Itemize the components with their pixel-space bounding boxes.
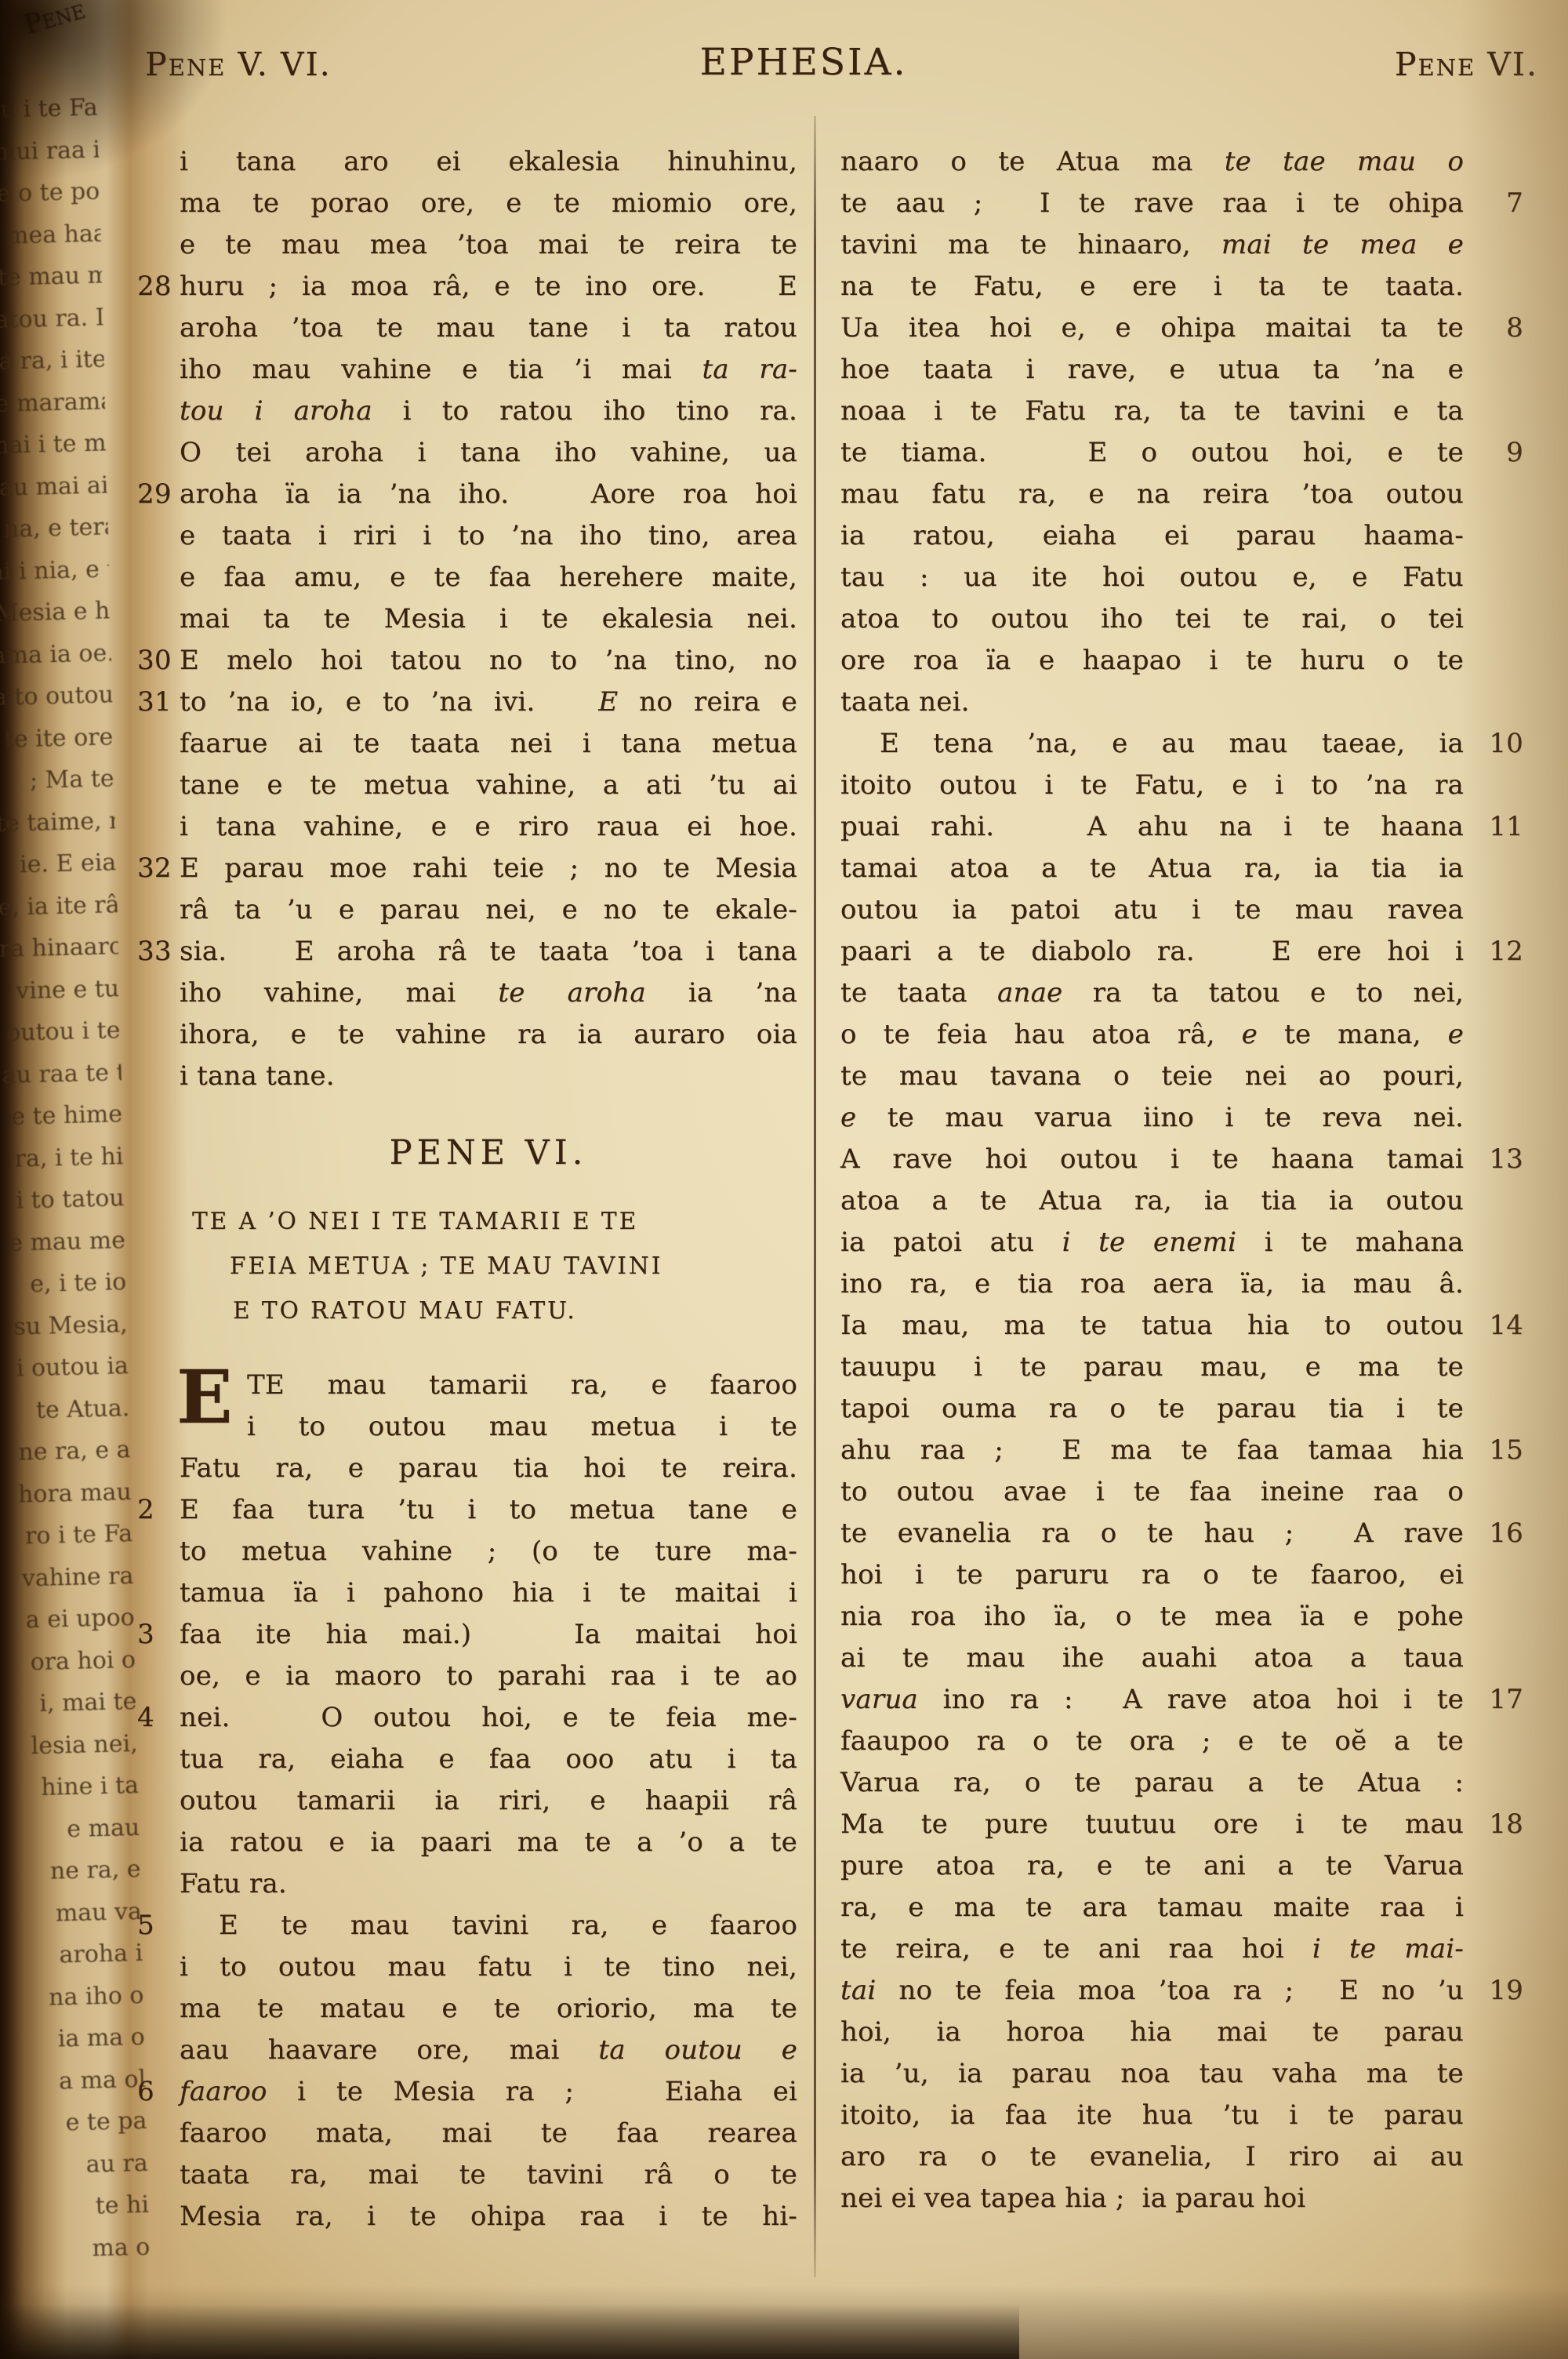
- verse-line: iho vahine, mai te aroha ia ’na: [180, 972, 797, 1014]
- facing-page-fragment-line: Mesia e h: [0, 590, 111, 634]
- verse-line: aroha ’toa te mau tane i ta ratou: [180, 307, 797, 349]
- verse-line: atoa to outou iho tei te rai, o tei: [840, 598, 1464, 640]
- verse-line: tamua ïa i pahono hia i te maitai i: [180, 1572, 797, 1614]
- facing-page-fragment-line: ra hinaaro: [0, 925, 118, 970]
- bottom-left-shadow: [0, 2304, 1019, 2359]
- verse-line: outou ia patoi atu i te mau ravea: [840, 889, 1464, 931]
- verse-line: Mesia ra, i te ohipa raa i te hi-: [180, 2196, 797, 2237]
- verse-line: O tei aroha i tana iho vahine, ua: [180, 432, 797, 474]
- verse-number: 32: [137, 848, 172, 889]
- facing-page-fragment-line: ra, i te hi: [4, 1136, 124, 1180]
- facing-page-fragment-line: hora mau: [12, 1471, 132, 1516]
- facing-page-fragment-line: su Mesia,: [8, 1303, 128, 1348]
- facing-page-fragment-line: i, mai te: [17, 1681, 137, 1725]
- verse-line: e te mau varua iino i te reva nei.: [840, 1097, 1464, 1139]
- verse-line: i tana vahine, e e riro raua ei hoe.: [180, 806, 797, 848]
- facing-page-fragment-line: ratou ra. I: [0, 296, 103, 341]
- verse-line: hoi, ia horoa hia mai te parau: [840, 2012, 1464, 2053]
- verse-line: tua ra, eiaha e faa ooo atu i ta: [180, 1739, 797, 1780]
- verse-line: 19tai no te feia moa ’toa ra ; E no ’u: [840, 1970, 1464, 2012]
- chapter-summary-line: FEIA METUA ; TE MAU TAVINI: [180, 1244, 797, 1289]
- verse-line: 6faaroo i te Mesia ra ; Eiaha ei: [180, 2071, 797, 2113]
- verse-line: tauupu i te parau mau, e ma te: [840, 1347, 1464, 1388]
- facing-page-fragment-line: mau va: [22, 1890, 142, 1935]
- verse-line: tau : ua ite hoi outou e, e Fatu: [840, 557, 1464, 598]
- verse-line: 28huru ; ia moa râ, e te ino ore. E: [180, 266, 797, 307]
- facing-page-fragment-line: te marama: [0, 380, 105, 425]
- chapter-heading: PENE VI.: [180, 1133, 797, 1172]
- verse-line: 8Ua itea hoi e, e ohipa maitai ta te: [840, 307, 1464, 349]
- facing-page-fragment-line: ne ra, e a: [11, 1429, 131, 1474]
- verse-line: tavini ma te hinaaro, mai te mea e: [840, 224, 1464, 266]
- facing-page-fragment-line: i to tatou: [5, 1177, 125, 1222]
- verse-line: oe, e ia maoro to parahi raa i te ao: [180, 1656, 797, 1697]
- facing-page-fragment-line: e mau me: [5, 1219, 125, 1264]
- verse-line: ra, e ma te ara tamau maite raa i: [840, 1887, 1464, 1928]
- facing-page-fragment-line: e mau: [20, 1806, 140, 1851]
- verse-number: 6: [137, 2071, 154, 2113]
- verse-line: ia ’u, ia parau noa tau vaha ma te: [840, 2053, 1464, 2095]
- verse-line: o te feia hau atoa râ, e te mana, e: [840, 1014, 1464, 1056]
- scanned-book-page: Pene au i te Faamui raa i tre o te poE m…: [0, 0, 1568, 2359]
- verse-number: 4: [137, 1697, 154, 1739]
- verse-line: tane e te metua vahine, a ati ’tu ai: [180, 765, 797, 806]
- verse-line: i to outou mau fatu i te tino nei,: [180, 1946, 797, 1988]
- verse-line: to metua vahine ; (o te ture ma-: [180, 1531, 797, 1572]
- verse-line: outou tamarii ia riri, e haapii râ: [180, 1780, 797, 1822]
- verse-line: nia roa iho ïa, o te mea ïa e pohe: [840, 1596, 1464, 1637]
- verse-line: 32E parau moe rahi teie ; no te Mesia: [180, 848, 797, 889]
- verse-line: 2E faa tura ’tu i to metua tane e: [180, 1489, 797, 1531]
- verse-line: Varua ra, o te parau a te Atua :: [840, 1762, 1464, 1804]
- verse-line: ma te matau e te oriorio, ma te: [180, 1988, 797, 2030]
- facing-page-fragment-line: e te pa: [27, 2100, 147, 2145]
- facing-page-fragment-line: ama ia oe.: [0, 632, 111, 677]
- verse-line: 10E tena ’na, e au mau taeae, ia: [840, 723, 1464, 765]
- facing-page-fragment-line: au raa te t: [2, 1052, 122, 1096]
- verse-line: faaupoo ra o te ora ; e te oĕ a te: [840, 1721, 1464, 1762]
- facing-page-fragment-line: i outou ia: [9, 1345, 129, 1390]
- verse-line: 11puai rahi. A ahu na i te haana: [840, 806, 1464, 848]
- verse-line: e taata i riri i to ’na iho tino, area: [180, 515, 797, 557]
- facing-page-fragment-line: te taime, m: [0, 800, 116, 845]
- facing-page-fragment-line: a ma ol: [26, 2058, 146, 2103]
- facing-page-fragment-line: a ei upoo: [15, 1597, 135, 1641]
- verse-line: 3faa ite hia mai.) Ia maitai hoi: [180, 1614, 797, 1656]
- verse-line: hoe taata i rave, e utua ta ’na e: [840, 349, 1464, 391]
- chapter-summary-line: E TO RATOU MAU FATU.: [180, 1289, 797, 1333]
- verse-line: noaa i te Fatu ra, ta te tavini e ta: [840, 391, 1464, 432]
- verse-line: naaro o te Atua ma te tae mau o: [840, 141, 1464, 183]
- verse-line: na te Fatu, e ere i ta te taata.: [840, 266, 1464, 307]
- facing-page-fragment-line: mai i te m: [0, 422, 107, 467]
- verse-line: aau haavare ore, mai ta outou e: [180, 2030, 797, 2071]
- verse-line: râ ta ’u e parau nei, e no te ekale-: [180, 889, 797, 931]
- verse-line: iho mau vahine e tia ’i mai ta ra-: [180, 349, 797, 391]
- verse-line: ihora, e te vahine ra ia auraro oia: [180, 1014, 797, 1056]
- verse-number: 29: [137, 474, 172, 515]
- verse-line: taata ra, mai te tavini râ o te: [180, 2154, 797, 2196]
- verse-line: 16te evanelia ra o te hau ; A rave: [840, 1513, 1464, 1554]
- facing-page-fragment-line: hine i ta: [19, 1765, 139, 1809]
- verse-line: pure atoa ra, e te ani a te Varua: [840, 1845, 1464, 1887]
- facing-page-fragment-line: E mea haa: [0, 213, 101, 257]
- facing-page-fragment-line: aroha i: [24, 1932, 143, 1977]
- verse-line: nei ei vea tapea hia ; ia parau hoi: [840, 2178, 1464, 2219]
- facing-page-fragment-line: ; Ma te: [0, 758, 114, 802]
- facing-page-fragment-line: te ite ore: [0, 716, 114, 761]
- verse-line: faaroo mata, mai te faa rearea: [180, 2113, 797, 2154]
- verse-line: tamai atoa a te Atua ra, ia tia ia: [840, 848, 1464, 889]
- verse-number: 33: [137, 931, 172, 972]
- verse-line: mau fatu ra, e na reira ’toa outou: [840, 474, 1464, 515]
- facing-page-fragment-line: rau mai ai: [0, 464, 107, 509]
- verse-line: Fatu ra.: [180, 1863, 797, 1905]
- facing-page-fragment-line: ro i te Fa: [13, 1513, 132, 1558]
- facing-page-fragment-line: vine e tu: [0, 968, 120, 1012]
- facing-page-fragment-line: ea ra, i itea: [0, 338, 104, 383]
- chapter-summary: TE A ’O NEI I TE TAMARII E TEFEIA METUA …: [180, 1199, 797, 1333]
- facing-page-fragment-line: te Atua.: [10, 1387, 130, 1432]
- left-column: i tana aro ei ekalesia hinuhinu,ma te po…: [180, 141, 797, 2237]
- verse-line: ino ra, e tia roa aera ïa, ia mau â.: [840, 1263, 1464, 1305]
- verse-line: 18Ma te pure tuutuu ore i te mau: [840, 1804, 1464, 1845]
- chapter-summary-line: TE A ’O NEI I TE TAMARII E TE: [180, 1199, 797, 1244]
- column-divider-rule: [814, 116, 816, 2277]
- facing-page-fragment-line: i na, e tera: [0, 506, 108, 551]
- facing-page-fragment-line: ora hoi o: [16, 1638, 136, 1683]
- page-title: EPHESIA.: [141, 41, 1466, 84]
- verse-line: itoito, ia faa ite hua ’tu i te parau: [840, 2095, 1464, 2136]
- facing-page-fragment-line: e, ia ite râ: [0, 884, 118, 929]
- verse-line: 7te aau ; I te rave raa i te ohipa: [840, 183, 1464, 224]
- verse-line: 4nei. O outou hoi, e te feia me-: [180, 1697, 797, 1739]
- verse-line: 15ahu raa ; E ma te faa tamaa hia: [840, 1430, 1464, 1471]
- verse-line: te reira, e te ani raa hoi i te mai-: [840, 1928, 1464, 1970]
- verse-line: 13A rave hoi outou i te haana tamai: [840, 1139, 1464, 1180]
- verse-line: taata nei.: [840, 682, 1464, 723]
- verse-number: 31: [137, 682, 172, 723]
- verse-line: tapoi ouma ra o te parau tia i te: [840, 1388, 1464, 1430]
- verse-line: ia patoi atu i te enemi i te mahana: [840, 1222, 1464, 1263]
- verse-line: 14Ia mau, ma te tatua hia to outou: [840, 1305, 1464, 1347]
- verse-line: to outou avae i te faa ineine raa o: [840, 1471, 1464, 1513]
- verse-line: 33sia. E aroha râ te taata ’toa i tana: [180, 931, 797, 972]
- facing-page-fragment-line: ai i nia, e t: [0, 548, 110, 593]
- verse-line: te taata anae ra ta tatou e to nei,: [840, 972, 1464, 1014]
- facing-page-fragment-line: e te hime: [2, 1093, 122, 1138]
- verse-line: 31to ’na io, e to ’na ivi. E no reira e: [180, 682, 797, 723]
- chapter5-verses: i tana aro ei ekalesia hinuhinu,ma te po…: [180, 141, 797, 1097]
- verse-line: te mau tavana o teie nei ao pouri,: [840, 1056, 1464, 1097]
- verse-line: ore roa ïa e haapao i te huru o te: [840, 640, 1464, 682]
- facing-page-fragment-line: au ra: [28, 2142, 148, 2186]
- verse-line: i tana aro ei ekalesia hinuhinu,: [180, 141, 797, 183]
- facing-page-fragment-line: outou i te: [1, 1009, 121, 1054]
- verse-number: 3: [137, 1614, 154, 1656]
- facing-page-fragment-line: lesia nei,: [18, 1722, 138, 1767]
- facing-page-fragment-line: ne ra, e: [21, 1848, 141, 1893]
- verse-line: 12paari a te diabolo ra. E ere hoi i: [840, 931, 1464, 972]
- facing-page-fragment-line: a to outou: [0, 674, 113, 718]
- right-column: naaro o te Atua ma te tae mau o7te aau ;…: [840, 141, 1464, 2219]
- verse-line: atoa a te Atua ra, ia tia ia outou: [840, 1180, 1464, 1222]
- verse-line: 17varua ino ra : A rave atoa hoi i te: [840, 1679, 1464, 1721]
- page-edge-shadow: [1458, 0, 1568, 2359]
- verse-line: i tana tane.: [180, 1056, 797, 1097]
- verse-line: e te mau mea ’toa mai te reira te: [180, 224, 797, 266]
- verse-line: hoi i te paruru ra o te faaroo, ei: [840, 1554, 1464, 1596]
- facing-page-fragment-line: na iho o: [24, 1974, 144, 2019]
- facing-page-fragment-line: i te mau m: [0, 254, 103, 299]
- verse-line: tou i aroha i to ratou iho tino ra.: [180, 391, 797, 432]
- verse-line: faarue ai te taata nei i tana metua: [180, 723, 797, 765]
- facing-page-fragment-line: ia ma o: [25, 2016, 145, 2061]
- verse-line: 9te tiama. E o outou hoi, e te: [840, 432, 1464, 474]
- verse-number: 30: [137, 640, 172, 682]
- facing-page-fragment-line: ie. E eia: [0, 841, 117, 886]
- verse-line: ai te mau ihe auahi atoa a taua: [840, 1637, 1464, 1679]
- verse-line: mai ta te Mesia i te ekalesia nei.: [180, 598, 797, 640]
- verse-line: e faa amu, e te faa herehere maite,: [180, 557, 797, 598]
- verse-line: 5E te mau tavini ra, e faaroo: [180, 1905, 797, 1946]
- verse-line: i to outou mau metua i te: [180, 1406, 797, 1448]
- verse-number: 28: [137, 266, 172, 307]
- verse-line: 29aroha ïa ia ’na iho. Aore roa hoi: [180, 474, 797, 515]
- verse-number: 5: [137, 1905, 154, 1946]
- facing-page-fragment-line: vahine ra: [14, 1554, 134, 1599]
- facing-page-fragment-line: te hi: [29, 2184, 149, 2229]
- verse-line: ia ratou, eiaha ei parau haama-: [840, 515, 1464, 557]
- verse-line: Fatu ra, e parau tia hoi te reira.: [180, 1448, 797, 1489]
- facing-page-fragment-line: ma o: [31, 2226, 151, 2270]
- facing-page-fragment-line: e, i te io: [7, 1261, 127, 1306]
- verse-line: aro ra o te evanelia, I riro ai au: [840, 2136, 1464, 2178]
- running-head: Pene V. VI. EPHESIA. Pene VI.: [141, 41, 1544, 88]
- verse-line: itoito outou i te Fatu, e i to ’na ra: [840, 765, 1464, 806]
- verse-line: ma te porao ore, e te miomio ore,: [180, 183, 797, 224]
- verse-line: ia ratou e ia paari ma te a ’o a te: [180, 1822, 797, 1863]
- verse-line: ETE mau tamarii ra, e faaroo: [180, 1365, 797, 1406]
- chapter6-verses: ETE mau tamarii ra, e faarooi to outou m…: [180, 1365, 797, 2237]
- verse-line: 30E melo hoi tatou no to ’na tino, no: [180, 640, 797, 682]
- verse-number: 2: [137, 1489, 154, 1531]
